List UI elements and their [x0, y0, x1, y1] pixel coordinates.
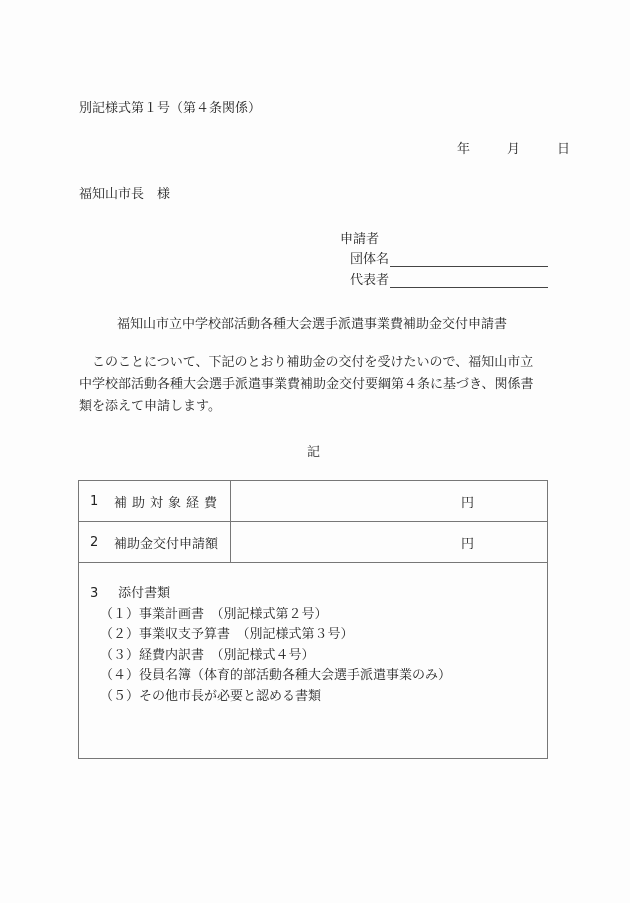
ki-heading: 記 — [307, 441, 320, 460]
body-line: このことについて、下記のとおり補助金の交付を受けたいので、福知山市立 — [79, 352, 551, 374]
representative-label: 代表者 — [350, 269, 389, 288]
application-table: 1 補助対象経費 円 2 補助金交付申請額 円 3 添付書類 （１）事業計画書 … — [78, 480, 548, 759]
attachments-section: 3 添付書類 （１）事業計画書 （別記様式第２号） （２）事業収支予算書 （別記… — [90, 584, 451, 707]
attachment-item: （５）その他市長が必要と認める書類 — [90, 687, 451, 708]
date-month-label: 月 — [507, 138, 557, 157]
attachments-number: 3 — [90, 584, 114, 605]
document-body: このことについて、下記のとおり補助金の交付を受けたいので、福知山市立 中学校部活… — [79, 352, 551, 418]
applicant-label: 申請者 — [340, 228, 379, 247]
row-number: 2 — [90, 535, 114, 550]
form-number: 別記様式第１号（第４条関係） — [79, 97, 261, 116]
attachment-item: （２）事業収支予算書 （別記様式第３号） — [90, 625, 451, 646]
subsidy-expense-amount-field[interactable]: 円 — [231, 481, 547, 521]
row-label-cell: 1 補助対象経費 — [79, 481, 231, 521]
date-line: 年 月 日 — [457, 138, 570, 157]
document-title: 福知山市立中学校部活動各種大会選手派遣事業費補助金交付申請書 — [117, 313, 507, 332]
attachments-heading: 3 添付書類 — [90, 584, 451, 605]
organization-name-label: 団体名 — [350, 248, 389, 267]
yen-unit: 円 — [461, 533, 474, 552]
body-line: 中学校部活動各種大会選手派遣事業費補助金交付要綱第４条に基づき、関係書 — [79, 374, 551, 396]
attachment-item: （４）役員名簿（体育的部活動各種大会選手派遣事業のみ） — [90, 666, 451, 687]
row-label: 補助金交付申請額 — [114, 533, 218, 552]
date-year-label: 年 — [457, 138, 507, 157]
requested-amount-field[interactable]: 円 — [231, 522, 547, 562]
addressee: 福知山市長 様 — [79, 183, 170, 202]
body-line: 類を添えて申請します。 — [79, 396, 551, 418]
row-number: 1 — [90, 494, 114, 509]
organization-name-row: 団体名 — [350, 248, 548, 267]
organization-name-field[interactable] — [390, 252, 548, 267]
attachment-item: （１）事業計画書 （別記様式第２号） — [90, 605, 451, 626]
attachment-item: （３）経費内訳書 （別記様式４号） — [90, 646, 451, 667]
date-day-label: 日 — [557, 138, 570, 157]
representative-row: 代表者 — [350, 269, 548, 288]
table-row-requested-amount: 2 補助金交付申請額 円 — [79, 522, 547, 563]
row-label-cell: 2 補助金交付申請額 — [79, 522, 231, 562]
table-row-subsidy-expense: 1 補助対象経費 円 — [79, 481, 547, 522]
yen-unit: 円 — [461, 492, 474, 511]
attachments-heading-label: 添付書類 — [118, 586, 170, 601]
row-label: 補助対象経費 — [114, 492, 222, 511]
representative-field[interactable] — [390, 273, 548, 288]
